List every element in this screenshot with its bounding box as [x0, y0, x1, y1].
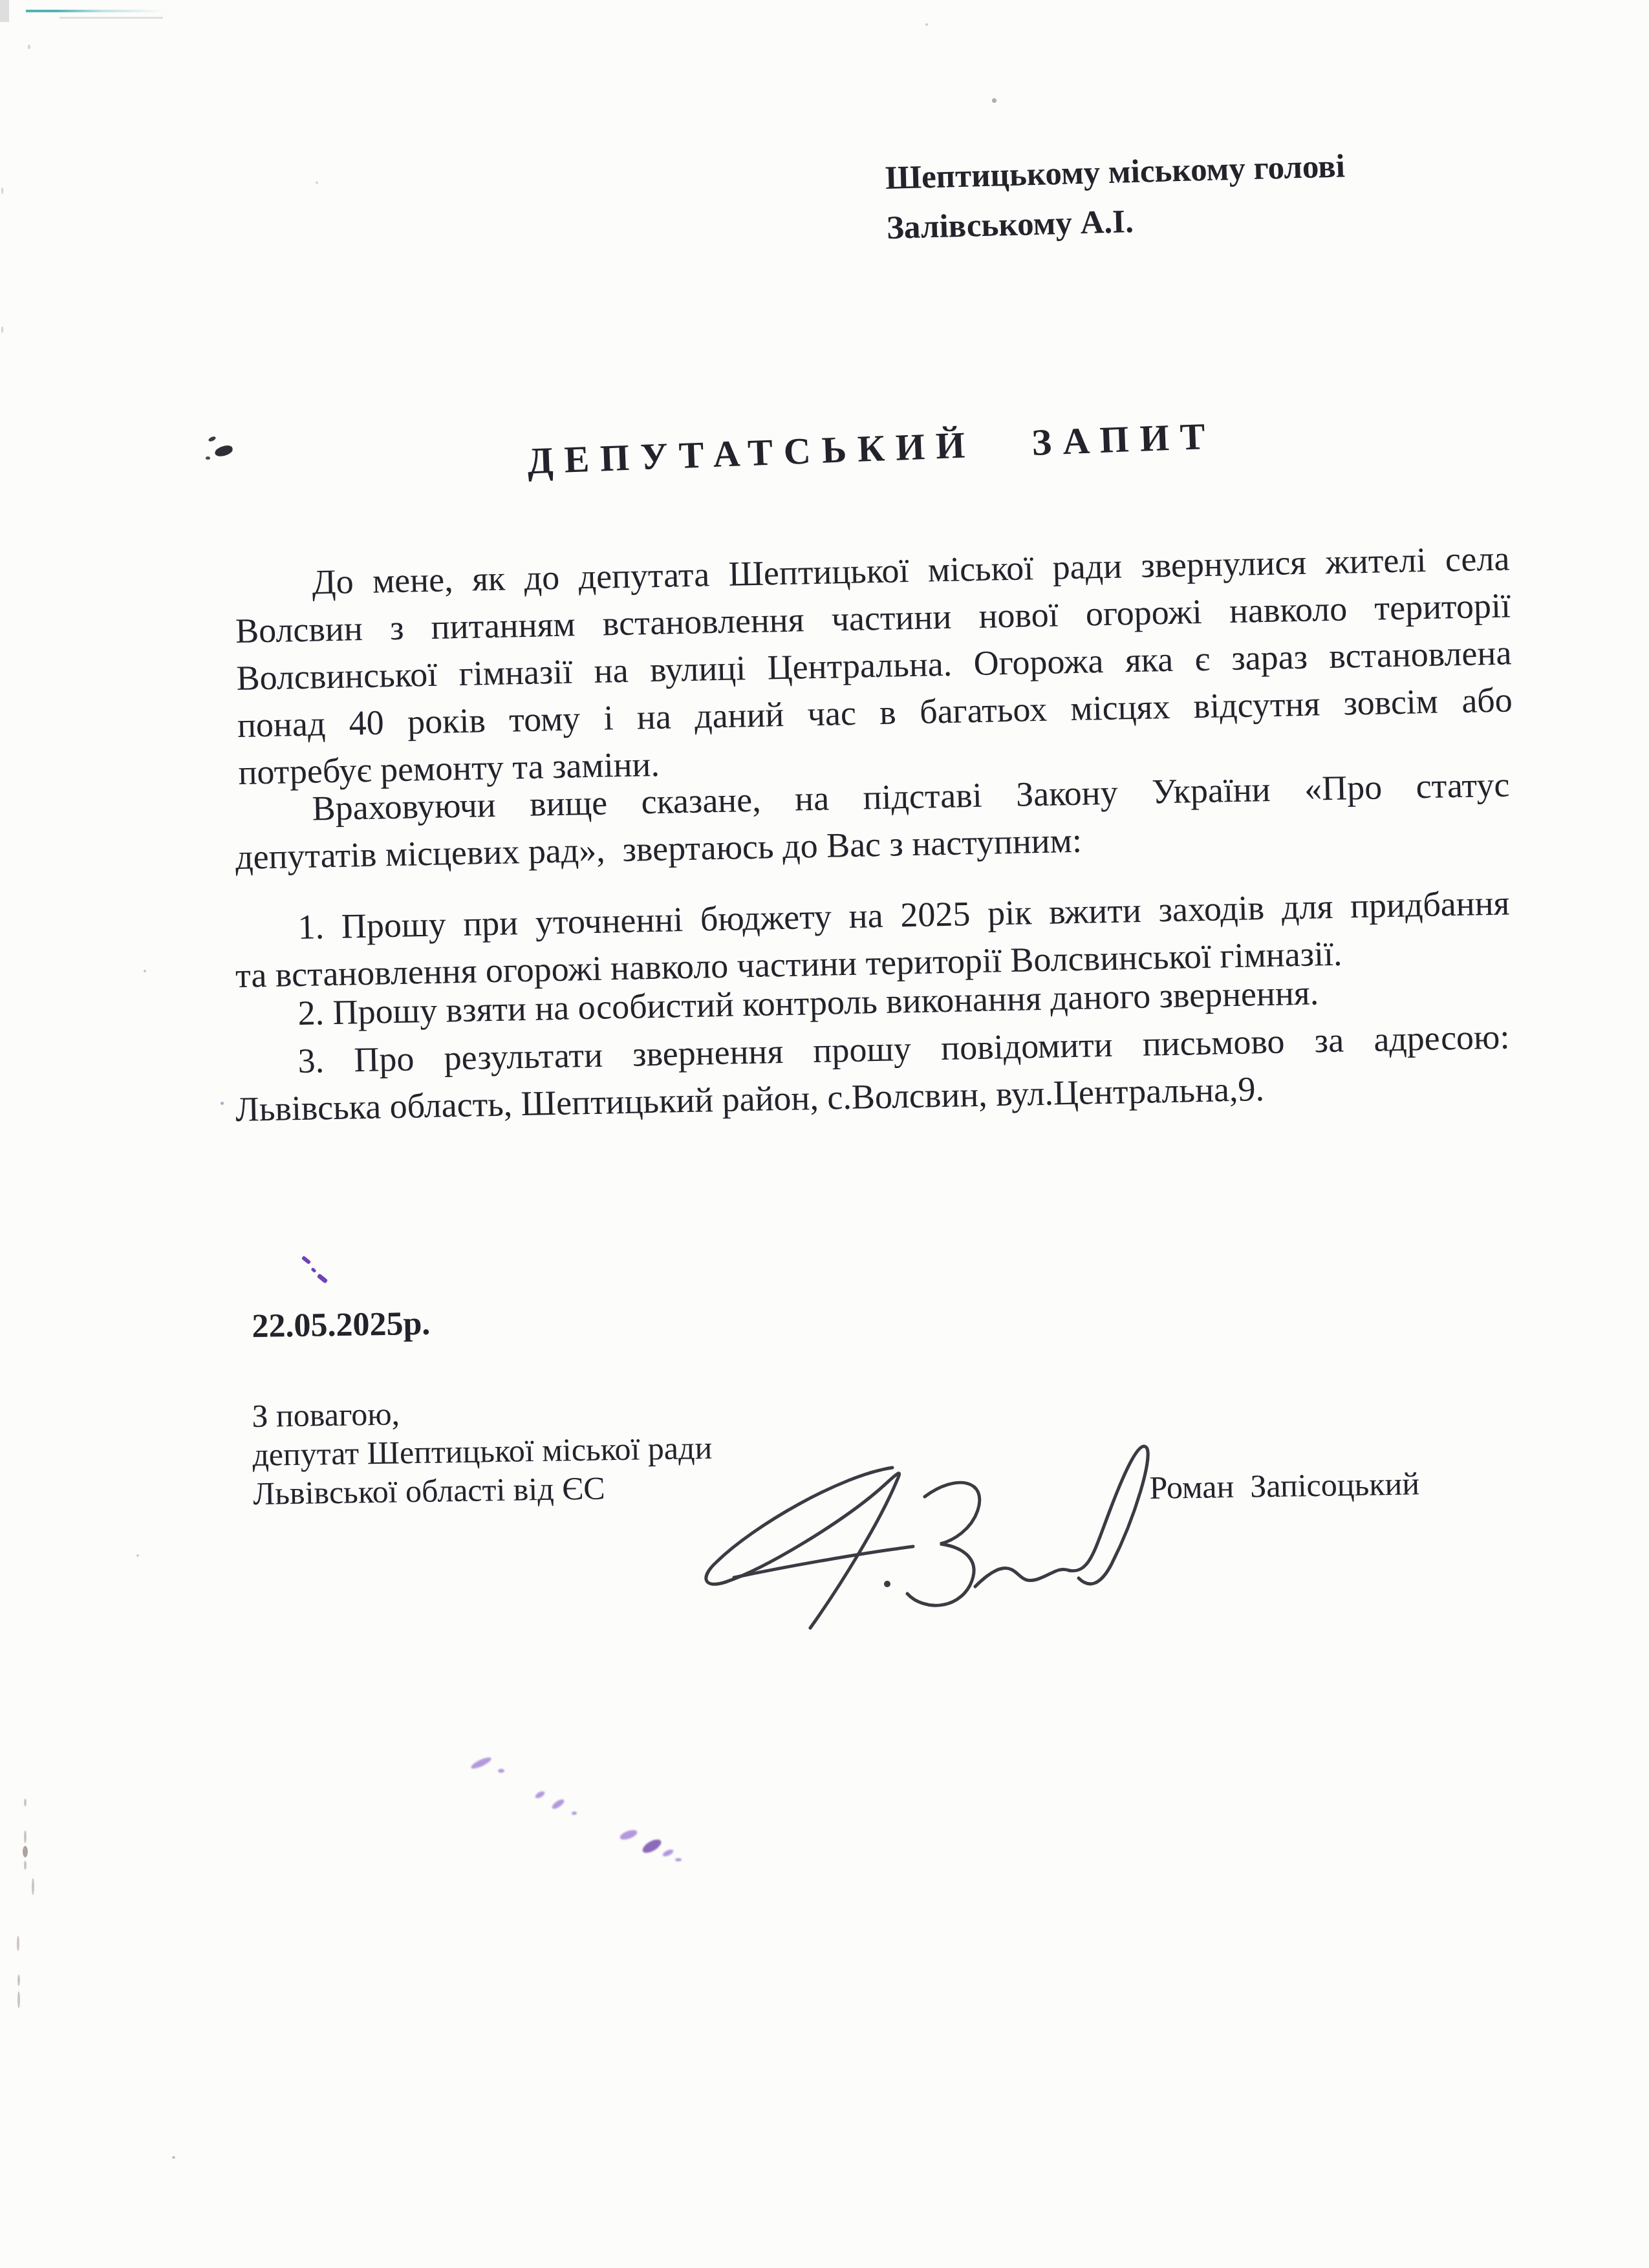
- date-text: 22.05.2025р.: [252, 1305, 431, 1345]
- ink-smudge: [572, 1812, 577, 1815]
- document-title: ДЕПУТАТСЬКИЙ ЗАПИТ: [233, 403, 1509, 493]
- scanner-dots: [17, 1991, 20, 2008]
- document-page: Шептицькому міському голові Залівському …: [0, 0, 1649, 2268]
- pen-tick: [301, 1256, 312, 1265]
- signer-name: Роман Запісоцький: [1149, 1464, 1420, 1506]
- ink-smudge: [534, 1790, 546, 1800]
- dust-speck: [136, 1554, 139, 1557]
- dust-speck: [144, 970, 146, 972]
- dust-speck: [1, 187, 3, 194]
- dust-speck: [221, 1102, 224, 1105]
- paragraph-intro: До мене, як до депутата Шептицької міськ…: [234, 535, 1514, 797]
- signature-scribble: [679, 1390, 1183, 1642]
- ink-smudge: [550, 1798, 565, 1811]
- corner-shadow: [0, 0, 9, 22]
- scanner-dots: [24, 1799, 27, 1806]
- scanner-streak-teal: [26, 10, 165, 12]
- ink-smudge: [498, 1769, 504, 1773]
- scanner-dots: [17, 1974, 20, 1986]
- ink-smudge: [619, 1828, 638, 1842]
- scanner-dots: [24, 1861, 27, 1870]
- ink-blot: [208, 436, 216, 443]
- dust-speck: [172, 2156, 175, 2159]
- scanner-dots: [32, 1878, 34, 1895]
- ink-smudge: [662, 1848, 674, 1858]
- dust-speck: [992, 98, 997, 103]
- ink-blot: [206, 456, 210, 460]
- ink-smudge: [675, 1858, 682, 1861]
- scanner-dots: [23, 1846, 28, 1857]
- ink-smudge: [640, 1837, 663, 1856]
- scanner-streak-gray: [59, 17, 163, 19]
- dust-speck: [925, 23, 928, 26]
- scanner-dots: [24, 1830, 27, 1843]
- scanner-dots: [17, 1936, 19, 1951]
- dust-speck: [316, 182, 318, 184]
- recipient-block: Шептицькому міському голові Залівському …: [885, 135, 1599, 253]
- ink-smudge: [469, 1755, 492, 1770]
- ink-blot: [214, 444, 234, 457]
- pen-tick: [317, 1274, 329, 1284]
- dust-speck: [28, 45, 30, 49]
- pen-tick: [310, 1267, 316, 1273]
- dust-speck: [1, 326, 3, 333]
